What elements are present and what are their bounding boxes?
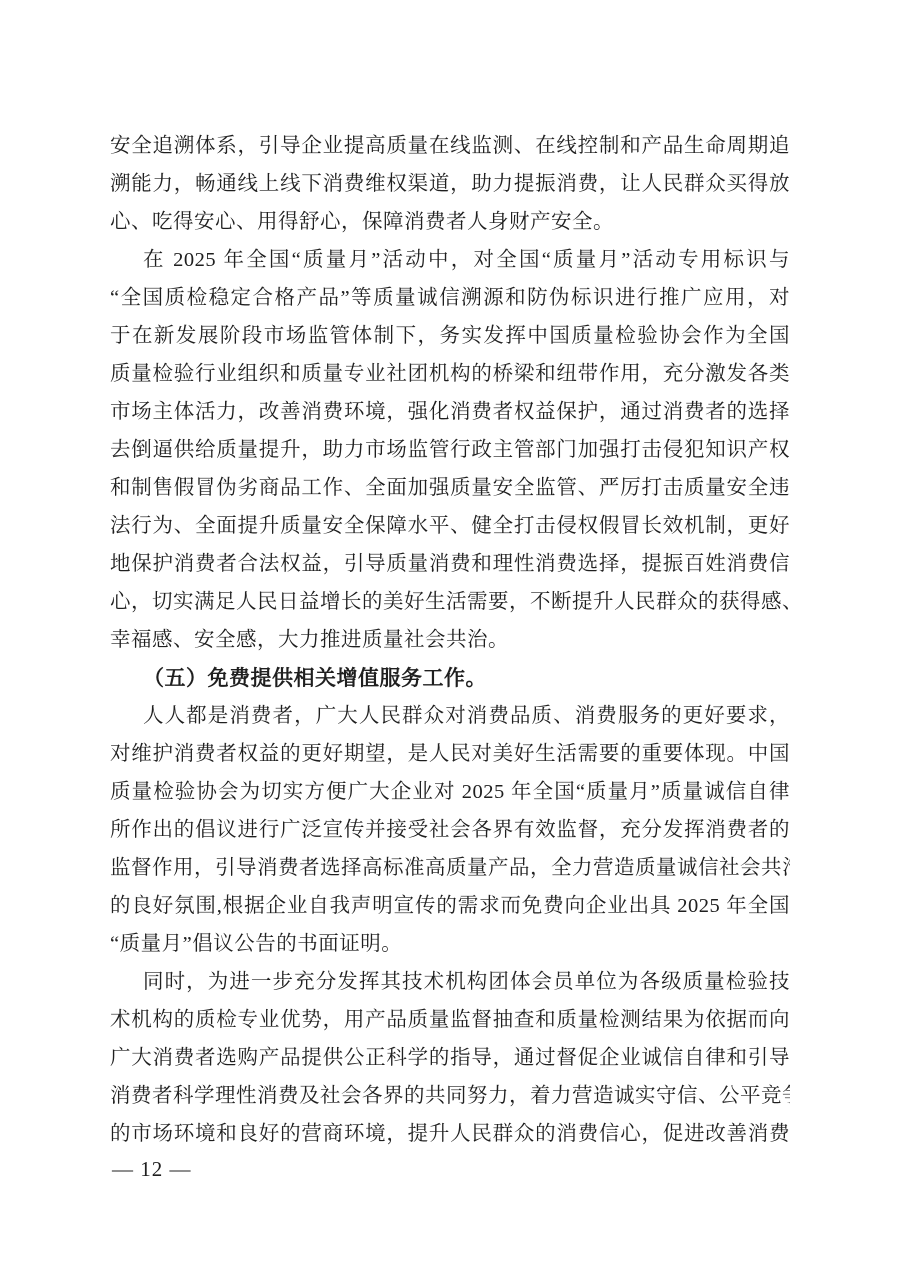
document-body: 安全追溯体系，引导企业提高质量在线监测、在线控制和产品生命周期追溯能力，畅通线上… [110, 127, 790, 1153]
text-line: 人人都是消费者，广大人民群众对消费品质、消费服务的更好要求， [110, 697, 790, 735]
text-line: 市场主体活力，改善消费环境，强化消费者权益保护，通过消费者的选择 [110, 393, 790, 431]
text-line: 质量检验行业组织和质量专业社团机构的桥梁和纽带作用，充分激发各类 [110, 355, 790, 393]
text-line: 对维护消费者权益的更好期望，是人民对美好生活需要的重要体现。中国 [110, 735, 790, 773]
text-line: 的良好氛围,根据企业自我声明宣传的需求而免费向企业出具 2025 年全国 [110, 887, 790, 925]
paragraph: 同时，为进一步充分发挥其技术机构团体会员单位为各级质量检验技术机构的质检专业优势… [110, 963, 790, 1153]
text-line: 术机构的质检专业优势，用产品质量监督抽查和质量检测结果为依据而向 [110, 1001, 790, 1039]
text-line: （五）免费提供相关增值服务工作。 [110, 659, 790, 697]
text-line: “全国质检稳定合格产品”等质量诚信溯源和防伪标识进行推广应用，对 [110, 279, 790, 317]
text-line: 地保护消费者合法权益，引导质量消费和理性消费选择，提振百姓消费信 [110, 545, 790, 583]
text-line: 去倒逼供给质量提升，助力市场监管行政主管部门加强打击侵犯知识产权 [110, 431, 790, 469]
text-line: 溯能力，畅通线上线下消费维权渠道，助力提振消费，让人民群众买得放 [110, 165, 790, 203]
text-line: 同时，为进一步充分发挥其技术机构团体会员单位为各级质量检验技 [110, 963, 790, 1001]
text-line: 在 2025 年全国“质量月”活动中，对全国“质量月”活动专用标识与 [110, 241, 790, 279]
paragraph: 在 2025 年全国“质量月”活动中，对全国“质量月”活动专用标识与“全国质检稳… [110, 241, 790, 659]
text-line: 广大消费者选购产品提供公正科学的指导，通过督促企业诚信自律和引导 [110, 1039, 790, 1077]
text-line: 法行为、全面提升质量安全保障水平、健全打击侵权假冒长效机制，更好 [110, 507, 790, 545]
text-line: 幸福感、安全感，大力推进质量社会共治。 [110, 621, 790, 659]
text-line: 和制售假冒伪劣商品工作、全面加强质量安全监管、严厉打击质量安全违 [110, 469, 790, 507]
text-line: 消费者科学理性消费及社会各界的共同努力，着力营造诚实守信、公平竞争 [110, 1077, 790, 1115]
page-number: — 12 — [112, 1150, 192, 1188]
document-page: 安全追溯体系，引导企业提高质量在线监测、在线控制和产品生命周期追溯能力，畅通线上… [0, 0, 900, 1273]
text-line: 的市场环境和良好的营商环境，提升人民群众的消费信心，促进改善消费 [110, 1115, 790, 1153]
text-line: 所作出的倡议进行广泛宣传并接受社会各界有效监督，充分发挥消费者的 [110, 811, 790, 849]
text-line: “质量月”倡议公告的书面证明。 [110, 925, 790, 963]
text-line: 质量检验协会为切实方便广大企业对 2025 年全国“质量月”质量诚信自律 [110, 773, 790, 811]
text-line: 于在新发展阶段市场监管体制下，务实发挥中国质量检验协会作为全国 [110, 317, 790, 355]
text-line: 监督作用，引导消费者选择高标准高质量产品，全力营造质量诚信社会共治 [110, 849, 790, 887]
paragraph: 安全追溯体系，引导企业提高质量在线监测、在线控制和产品生命周期追溯能力，畅通线上… [110, 127, 790, 241]
text-line: 心，切实满足人民日益增长的美好生活需要，不断提升人民群众的获得感、 [110, 583, 790, 621]
paragraph: 人人都是消费者，广大人民群众对消费品质、消费服务的更好要求，对维护消费者权益的更… [110, 697, 790, 963]
text-line: 安全追溯体系，引导企业提高质量在线监测、在线控制和产品生命周期追 [110, 127, 790, 165]
section-heading: （五）免费提供相关增值服务工作。 [110, 659, 790, 697]
text-line: 心、吃得安心、用得舒心，保障消费者人身财产安全。 [110, 203, 790, 241]
